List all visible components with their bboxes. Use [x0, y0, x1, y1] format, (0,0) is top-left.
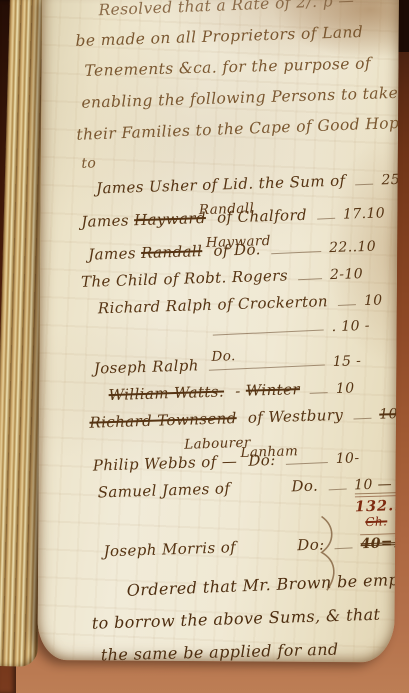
entry-name: Richard Townsend of Westbury: [89, 406, 343, 432]
dash-leader: [310, 392, 328, 394]
entry-ditto: Do:: [248, 451, 276, 470]
entry-name: William Watts. - Winter: [108, 380, 300, 404]
entry-place: of Chalford: [217, 206, 308, 227]
entry-name: Joseph Morris of Do:: [103, 535, 325, 560]
struck-name: Richard Townsend: [89, 409, 237, 432]
entry-amount: 10 —: [354, 475, 399, 494]
dash-leader: [286, 462, 328, 465]
entry-amount: 15 -: [332, 352, 398, 370]
entry-amount: 22..10: [329, 238, 395, 256]
entry-name: James Randall of Do.: [88, 240, 261, 263]
ledger-row: Joseph Morris of Do: 40=10: [103, 533, 399, 564]
ledger-row: Samuel James of Do. 10 — 132.10 Ch.: [97, 474, 399, 538]
ledger-row: William Watts. - Winter 10: [108, 377, 399, 408]
manuscript-page: Resolved that a Rate of 2/. p — be made …: [37, 0, 399, 662]
dash-leader: [356, 184, 374, 186]
ledger-row: . 10 -: [202, 317, 398, 345]
entry-name: Richard Ralph of Crockerton: [98, 292, 329, 317]
amount-column: 10 — 132.10 Ch.: [354, 475, 399, 529]
struck-name: Hayward: [134, 209, 206, 229]
entry-name: Philip Webbs of — Do:: [93, 451, 276, 475]
top-paragraph: Resolved that a Rate of 2/. p — be made …: [72, 0, 392, 176]
entry-ditto: Do.: [291, 477, 318, 496]
ledger-row: Randall James Hayward of Chalford 17.10: [81, 197, 395, 235]
entry-name-pre: Samuel James of: [97, 479, 230, 501]
entry-amount: 10: [364, 292, 397, 309]
ledger-row: James Usher of Lid. the Sum of 25. —: [96, 170, 394, 201]
dash-leader: [298, 278, 322, 280]
entry-amount: 10-: [335, 449, 398, 467]
entry-separator: -: [235, 382, 241, 400]
ledger-row: Richard Ralph of Crockerton 10: [98, 290, 398, 321]
entry-name: Samuel James of Do.: [97, 477, 318, 502]
entry-name: The Child of Robt. Rogers: [81, 266, 288, 290]
entry-name-pre: James: [81, 211, 129, 230]
dash-leader: [328, 489, 346, 491]
dash-leader: [335, 547, 353, 549]
ledger-list: James Usher of Lid. the Sum of 25. — Ran…: [78, 170, 399, 565]
dash-leader: [317, 218, 335, 220]
ledger-row: Labourer Lanham Philip Webbs of — Do: 10…: [92, 431, 399, 479]
page-content: Resolved that a Rate of 2/. p — be made …: [42, 0, 399, 660]
dash-leader: [213, 330, 324, 336]
entry-name: Joseph Ralph: [94, 356, 200, 377]
struck-word: Winter: [246, 380, 301, 400]
entry-amount: 10: [336, 379, 399, 397]
dash-leader: [209, 364, 325, 370]
total-amount: 132.10: [355, 494, 399, 515]
dash-leader: [338, 304, 356, 306]
entry-amount: 2-10: [330, 265, 396, 283]
struck-total-note: Ch.: [365, 513, 399, 529]
entry-name: James Hayward of Chalford: [81, 206, 307, 231]
dash-leader: [271, 251, 321, 254]
entry-amount: 17.10: [343, 205, 395, 223]
entry-name-pre: James: [88, 244, 136, 263]
struck-amount: 10.: [379, 406, 399, 423]
bottom-paragraph: Ordered that Mr. Brown be empowered to b…: [90, 571, 399, 663]
entry-amount: 25. —: [381, 171, 399, 188]
struck-name: William Watts.: [108, 382, 224, 404]
entry-name-pre: Philip Webbs of —: [93, 452, 238, 475]
struck-total: 40=10: [360, 533, 399, 553]
struck-name: Randall: [141, 242, 203, 262]
ledger-row: Hayward James Randall of Do. 22..10: [88, 230, 396, 268]
entry-place: of Do.: [213, 240, 261, 259]
ledger-row: Richard Townsend of Westbury 10.: [89, 404, 399, 436]
entry-name: James Usher of Lid. the Sum of: [96, 172, 346, 198]
entry-place: of Westbury: [248, 406, 344, 427]
entry-amount: . 10 -: [331, 317, 397, 335]
dash-leader: [353, 418, 371, 420]
ledger-row: Do. Joseph Ralph 15 -: [93, 344, 399, 382]
ledger-row: The Child of Robt. Rogers 2-10: [81, 263, 397, 295]
entry-name-pre: Joseph Morris of: [103, 538, 236, 560]
